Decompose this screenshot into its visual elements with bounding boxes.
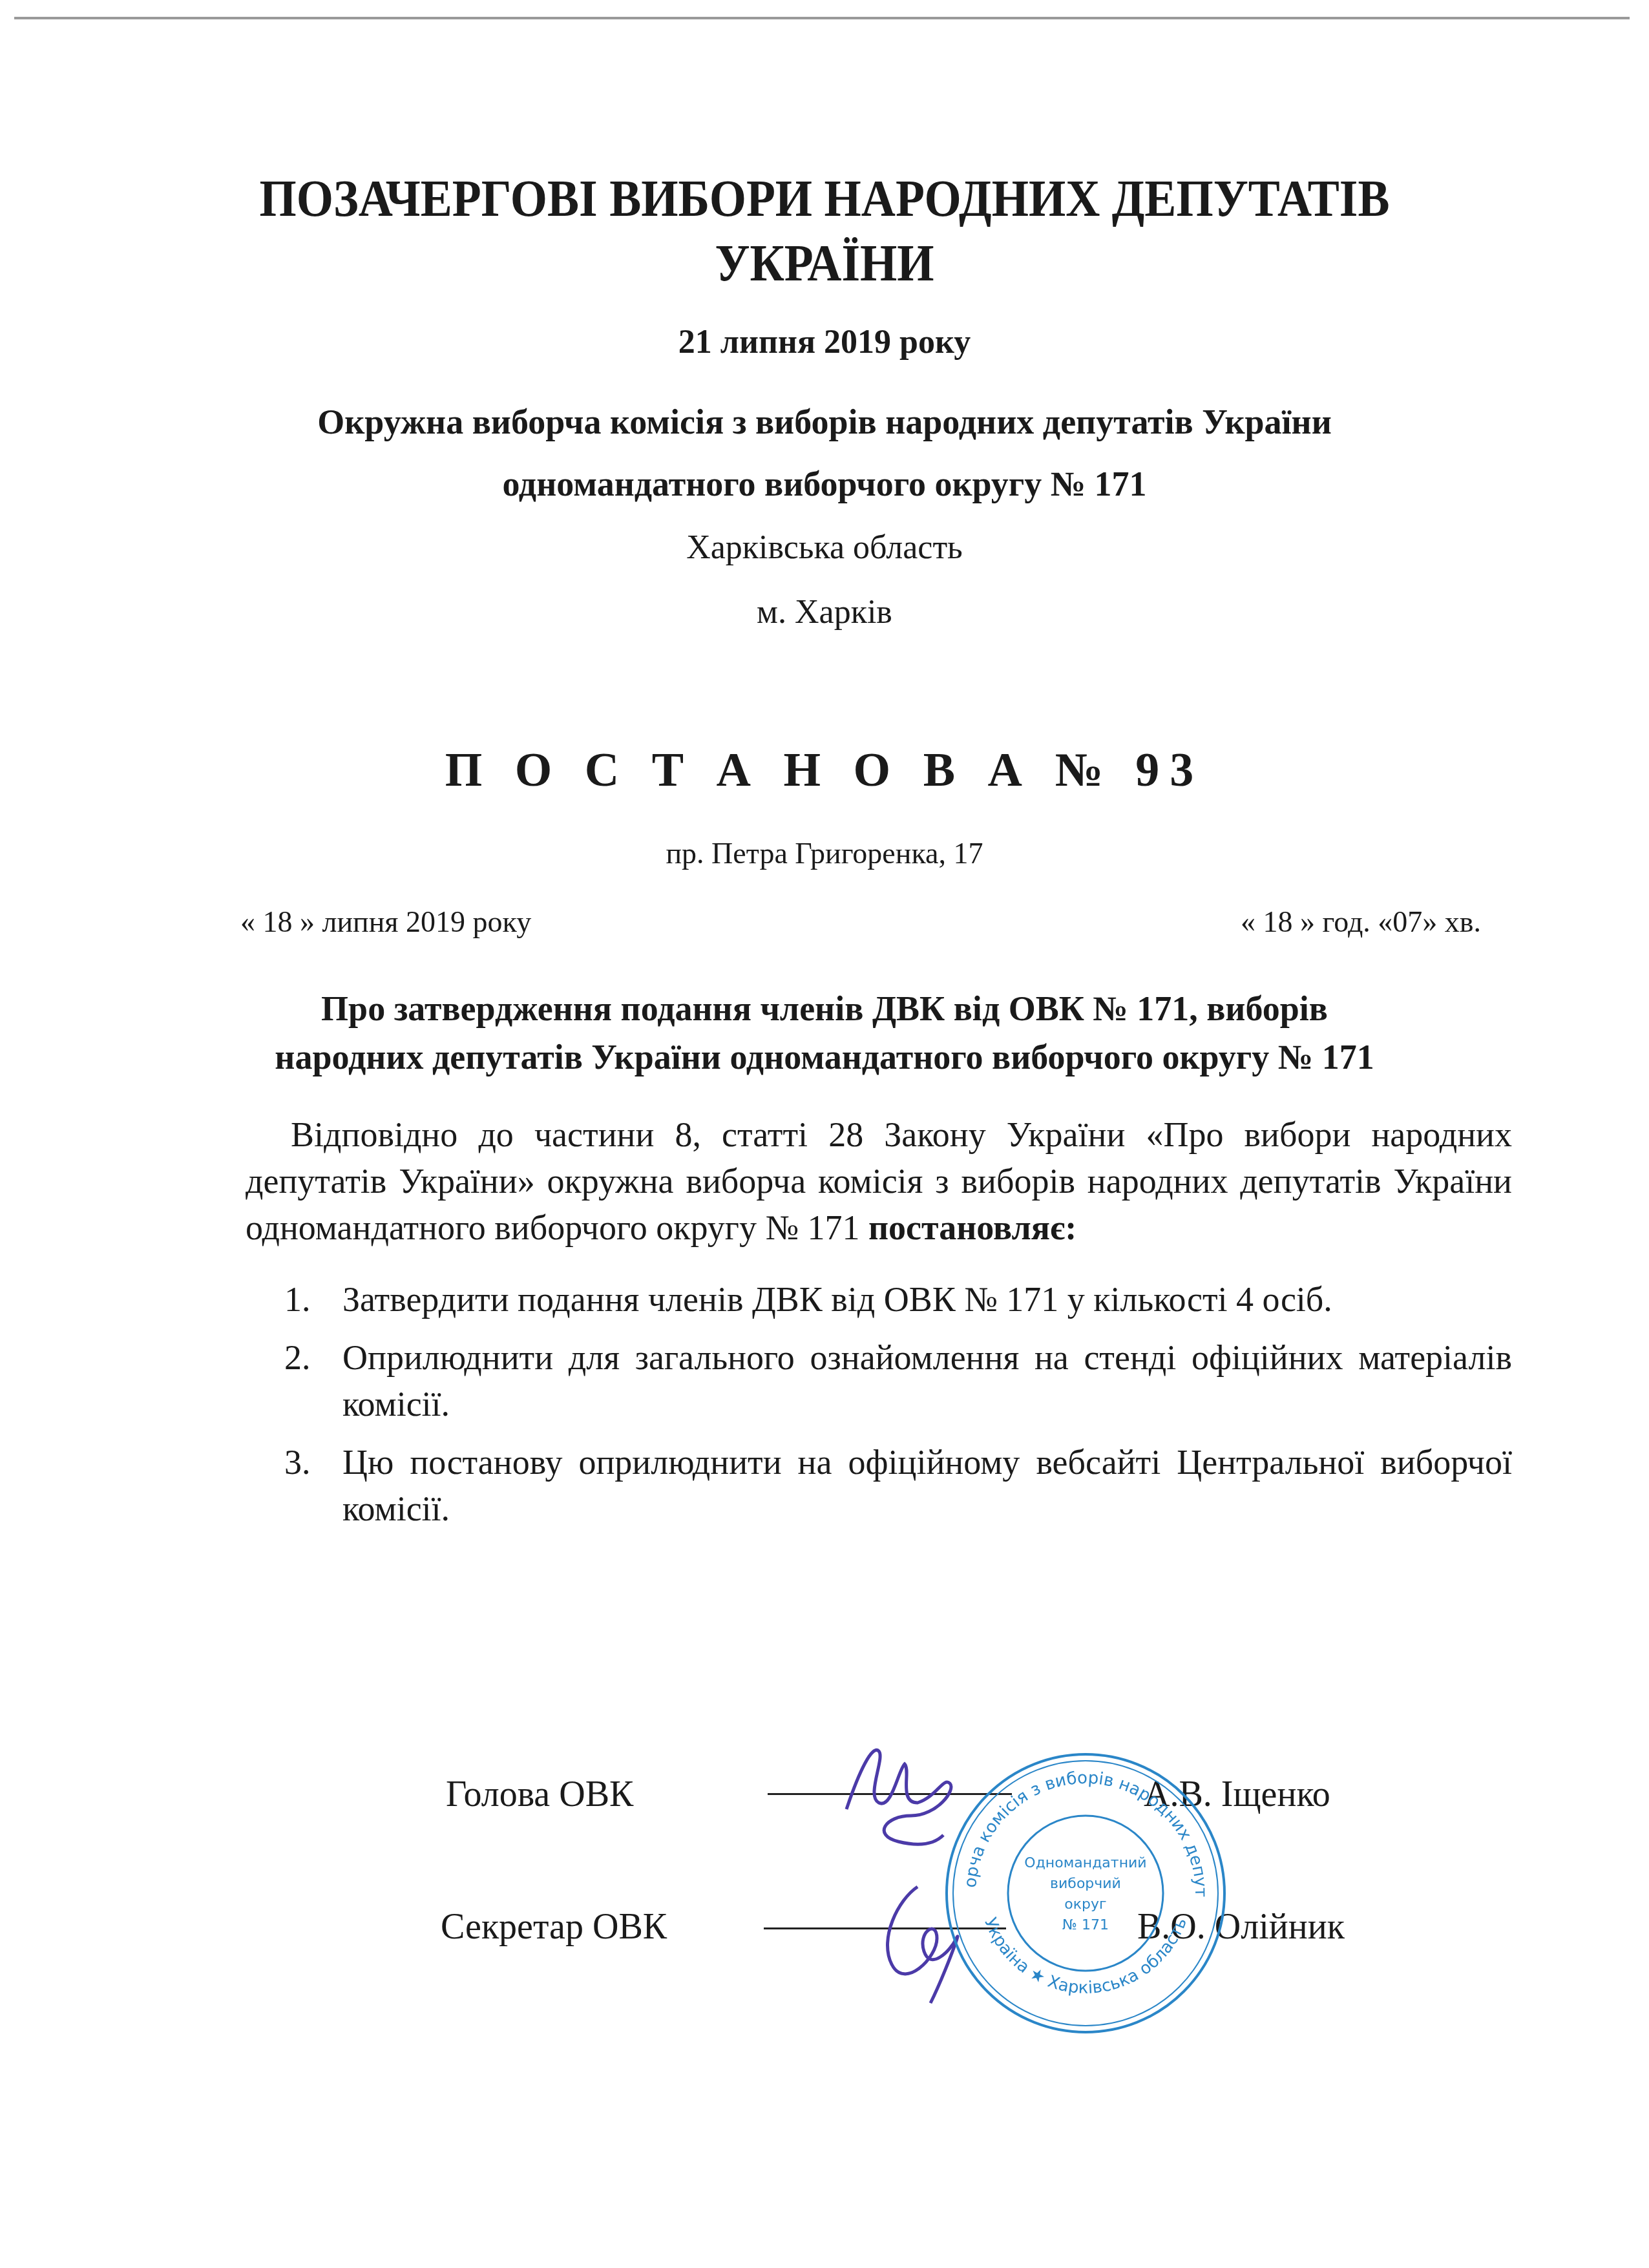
subject-line1: Про затвердження подання членів ДВК від … <box>0 985 1649 1032</box>
preamble-resolves: постановляє: <box>868 1208 1077 1247</box>
signature-role-secretary: Секретар ОВК <box>441 1906 667 1948</box>
subject-line2: народних депутатів України одномандатног… <box>0 1034 1649 1080</box>
signature-role-chair: Голова ОВК <box>446 1774 633 1815</box>
svg-text:Одномандатний: Одномандатний <box>1024 1855 1146 1871</box>
decision-item: 2. Оприлюднити для загального ознайомлен… <box>284 1334 1512 1427</box>
svg-text:Окружна виборча комісія з вибо: Окружна виборча комісія з виборів народн… <box>937 1745 1210 1897</box>
commission-name-line2: одномандатного виборчого округу № 171 <box>0 464 1649 504</box>
decision-items-list: 1. Затвердити подання членів ДВК від ОВК… <box>284 1276 1512 1544</box>
official-stamp-icon: Окружна виборча комісія з виборів народн… <box>937 1745 1234 2042</box>
scan-top-edge-line <box>14 17 1630 19</box>
preamble-paragraph: Відповідно до частини 8, статті 28 Закон… <box>246 1111 1512 1251</box>
decision-item: 3. Цю постанову оприлюднити на офіційном… <box>284 1439 1512 1532</box>
svg-text:виборчий: виборчий <box>1050 1876 1121 1892</box>
decision-address: пр. Петра Григоренка, 17 <box>0 836 1649 870</box>
city: м. Харків <box>0 593 1649 631</box>
decision-date: « 18 » липня 2019 року <box>240 905 531 939</box>
commission-name-line1: Окружна виборча комісія з виборів народн… <box>0 402 1649 442</box>
election-title-line2: УКРАЇНИ <box>66 231 1583 296</box>
election-date: 21 липня 2019 року <box>0 323 1649 361</box>
decision-time: « 18 » год. «07» хв. <box>1241 905 1481 939</box>
svg-text:округ: округ <box>1064 1896 1106 1913</box>
svg-text:№ 171: № 171 <box>1062 1917 1109 1933</box>
decision-title: П О С Т А Н О В А № 93 <box>0 743 1649 798</box>
region: Харківська область <box>0 529 1649 567</box>
election-title-line1: ПОЗАЧЕРГОВІ ВИБОРИ НАРОДНИХ ДЕПУТАТІВ <box>66 167 1583 231</box>
decision-item: 1. Затвердити подання членів ДВК від ОВК… <box>284 1276 1512 1323</box>
